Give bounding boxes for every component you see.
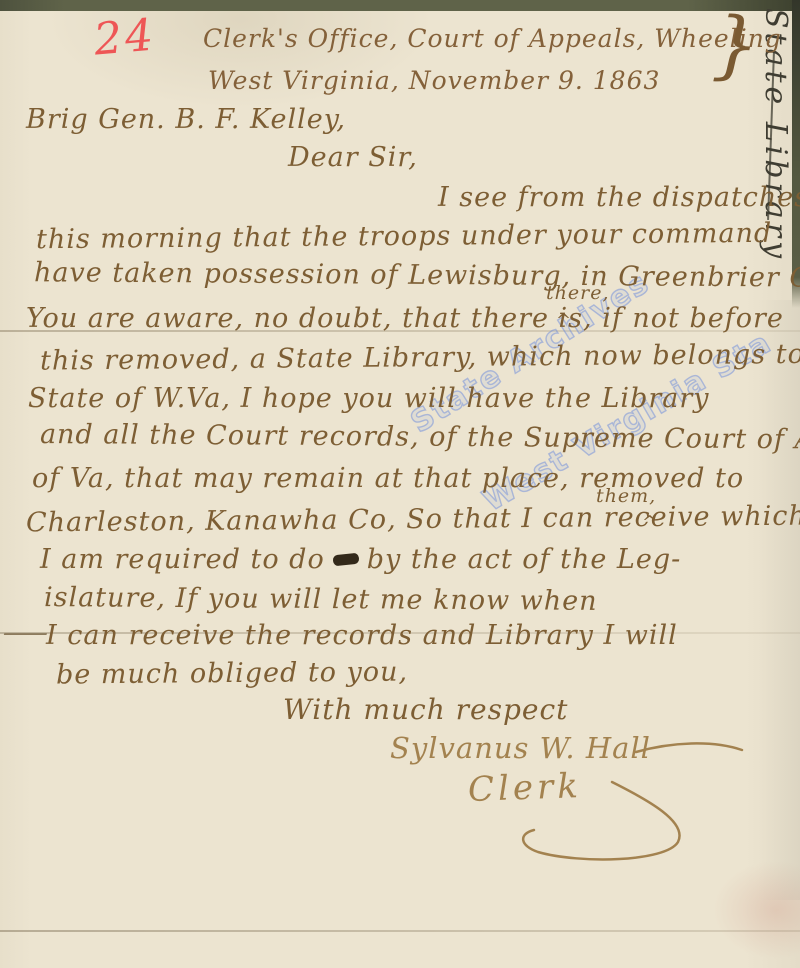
letter-line: I see from the dispatches xyxy=(438,184,800,211)
letter-line: I am required to doby the act of the Leg… xyxy=(40,546,681,573)
insertion-caret: ^ xyxy=(642,514,658,532)
letter-line: I can receive the records and Library I … xyxy=(46,622,678,649)
interline-insertion: there, xyxy=(546,284,609,303)
letter-line: State of W.Va, I hope you will have the … xyxy=(28,385,710,412)
letter-page: State Archives West Virginia Sta 24 Stat… xyxy=(0,0,800,968)
fold-crease-lower xyxy=(0,930,800,932)
margin-dash-mark: — xyxy=(2,620,51,646)
interline-insertion: them, xyxy=(596,487,656,506)
closing-line: With much respect xyxy=(283,696,568,724)
signature-title: Clerk xyxy=(467,769,582,807)
ink-scribble xyxy=(332,553,359,567)
heading-line-1: Clerk's Office, Court of Appeals, Wheeli… xyxy=(203,26,782,51)
letter-line: and all the Court records, of the Suprem… xyxy=(40,421,800,454)
heading-brace: } xyxy=(711,7,762,83)
recipient-line: Brig Gen. B. F. Kelley, xyxy=(26,106,346,133)
letter-line: You are aware, no doubt, that there is, … xyxy=(26,305,784,332)
letter-line: be much obliged to you, xyxy=(56,658,408,688)
letter-line-segment: by the act of the Leg- xyxy=(367,544,682,575)
letter-line: islature, If you will let me know when xyxy=(44,584,598,615)
letter-line: this morning that the troops under your … xyxy=(36,220,772,253)
scan-shadow-strip xyxy=(758,300,800,900)
letter-line-segment: I am required to do xyxy=(40,544,325,575)
signature-name: Sylvanus W. Hall xyxy=(390,734,651,763)
archive-number: 24 xyxy=(92,13,158,62)
letter-line: this removed, a State Library, which now… xyxy=(40,340,800,374)
scan-edge-top xyxy=(0,0,800,11)
insertion-caret: ^ xyxy=(556,312,572,330)
salutation: Dear Sir, xyxy=(288,144,418,171)
letter-line: have taken possession of Lewisburg, in G… xyxy=(34,259,800,292)
heading-line-2: West Virginia, November 9. 1863 xyxy=(208,68,660,93)
letter-line: Charleston, Kanawha Co, So that I can re… xyxy=(26,503,800,537)
